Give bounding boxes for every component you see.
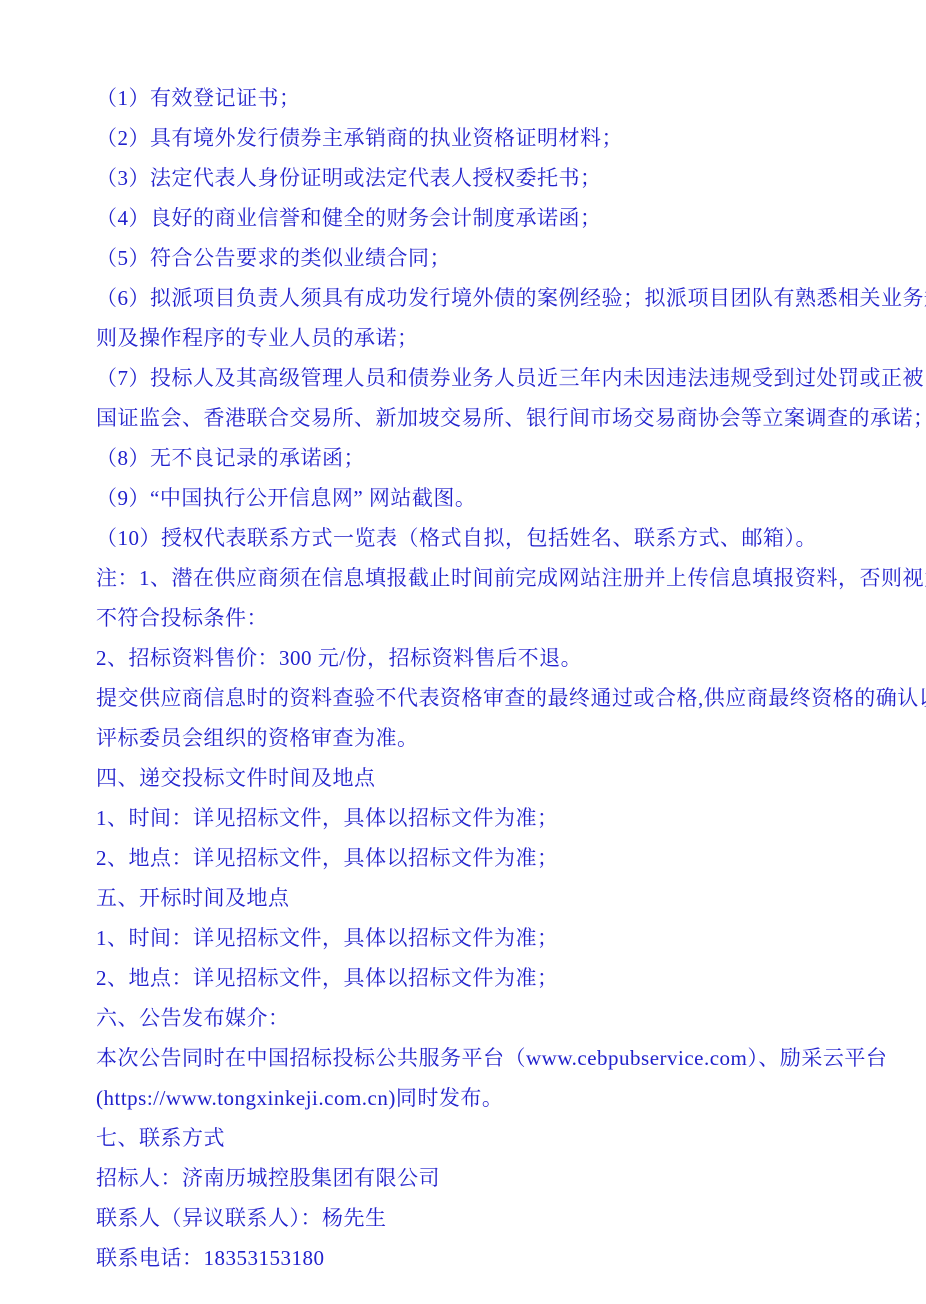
document-line: 四、递交投标文件时间及地点 <box>96 758 836 798</box>
document-line: 1、时间：详见招标文件，具体以招标文件为准； <box>96 798 836 838</box>
document-line: （1）有效登记证书； <box>96 78 836 118</box>
document-line: 2、地点：详见招标文件，具体以招标文件为准； <box>96 838 836 878</box>
document-line: 国证监会、香港联合交易所、新加坡交易所、银行间市场交易商协会等立案调查的承诺； <box>96 398 836 438</box>
document-line: （3）法定代表人身份证明或法定代表人授权委托书； <box>96 158 836 198</box>
document-line: （4）良好的商业信誉和健全的财务会计制度承诺函； <box>96 198 836 238</box>
document-line: 本次公告同时在中国招标投标公共服务平台（www.cebpubservice.co… <box>96 1038 836 1078</box>
tender-announcement-page: （1）有效登记证书；（2）具有境外发行债券主承销商的执业资格证明材料；（3）法定… <box>0 0 926 1304</box>
document-line: 2、招标资料售价：300 元/份，招标资料售后不退。 <box>96 638 836 678</box>
document-line: 评标委员会组织的资格审查为准。 <box>96 718 836 758</box>
document-line: （6）拟派项目负责人须具有成功发行境外债的案例经验；拟派项目团队有熟悉相关业务规 <box>96 278 836 318</box>
document-line: 五、开标时间及地点 <box>96 878 836 918</box>
document-line: 1、时间：详见招标文件，具体以招标文件为准； <box>96 918 836 958</box>
document-line: 七、联系方式 <box>96 1118 836 1158</box>
document-line: （8）无不良记录的承诺函； <box>96 438 836 478</box>
document-line: (https://www.tongxinkeji.com.cn)同时发布。 <box>96 1078 836 1118</box>
document-line: 2、地点：详见招标文件，具体以招标文件为准； <box>96 958 836 998</box>
document-line: 提交供应商信息时的资料查验不代表资格审查的最终通过或合格,供应商最终资格的确认以 <box>96 678 836 718</box>
document-line: 则及操作程序的专业人员的承诺； <box>96 318 836 358</box>
document-line: 招标人：济南历城控股集团有限公司 <box>96 1158 836 1198</box>
document-line: （2）具有境外发行债券主承销商的执业资格证明材料； <box>96 118 836 158</box>
document-line: （10）授权代表联系方式一览表（格式自拟，包括姓名、联系方式、邮箱）。 <box>96 518 836 558</box>
document-body: （1）有效登记证书；（2）具有境外发行债券主承销商的执业资格证明材料；（3）法定… <box>96 78 836 1278</box>
document-line: （5）符合公告要求的类似业绩合同； <box>96 238 836 278</box>
document-line: 六、公告发布媒介： <box>96 998 836 1038</box>
document-line: 注：1、潜在供应商须在信息填报截止时间前完成网站注册并上传信息填报资料，否则视为 <box>96 558 836 598</box>
document-line: 联系电话：18353153180 <box>96 1238 836 1278</box>
document-line: （7）投标人及其高级管理人员和债券业务人员近三年内未因违法违规受到过处罚或正被中 <box>96 358 836 398</box>
document-line: （9）“中国执行公开信息网” 网站截图。 <box>96 478 836 518</box>
document-line: 不符合投标条件： <box>96 598 836 638</box>
document-line: 联系人（异议联系人）：杨先生 <box>96 1198 836 1238</box>
